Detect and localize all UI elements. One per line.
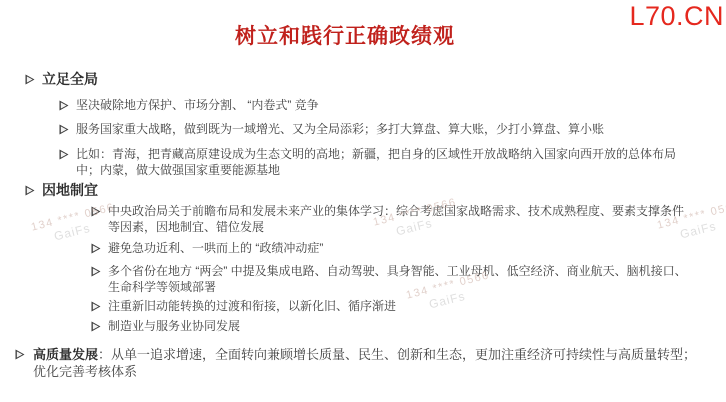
bullet-text: 立足全局 xyxy=(42,71,98,87)
bullet-item: 注重新旧动能转换的过渡和衔接，以新化旧、循序渐进 xyxy=(0,298,726,314)
presentation-slide: 树立和践行正确政绩观 L70.CN 立足全局坚决破除地方保护、市场分割、 “内卷… xyxy=(0,0,726,402)
bullet-text: 避免急功近利、一哄而上的 “政绩冲动症” xyxy=(108,241,323,255)
bullet-item: 多个省份在地方 “两会” 中提及集成电路、自动驾驶、具身智能、工业母机、低空经济… xyxy=(0,263,726,295)
bullet-item: 立足全局 xyxy=(0,70,726,89)
bullet-item: 中央政治局关于前瞻布局和发展未来产业的集体学习：综合考虑国家战略需求、技术成熟程… xyxy=(0,203,726,235)
bullet-item: 制造业与服务业协同发展 xyxy=(0,318,726,334)
bullet-text: 中央政治局关于前瞻布局和发展未来产业的集体学习：综合考虑国家战略需求、技术成熟程… xyxy=(108,204,684,234)
bullet-text: 高质量发展：从单一追求增速，全面转向兼顾增长质量、民生、创新和生态，更加注重经济… xyxy=(33,347,696,379)
watermark: 134 **** 0566 GaiFs xyxy=(468,0,558,4)
brand-logo-text: L70.CN xyxy=(629,1,724,32)
bullet-text: 比如：青海，把青藏高原建设成为生态文明的高地；新疆，把自身的区域性开放战略纳入国… xyxy=(76,147,676,177)
bullet-text: 制造业与服务业协同发展 xyxy=(108,319,240,333)
arrow-bullet-icon xyxy=(91,206,101,217)
arrow-bullet-icon xyxy=(59,100,69,111)
bullet-text: 注重新旧动能转换的过渡和衔接，以新化旧、循序渐进 xyxy=(108,299,396,313)
slide-title: 树立和践行正确政绩观 xyxy=(0,20,690,50)
bullet-item: 高质量发展：从单一追求增速，全面转向兼顾增长质量、民生、创新和生态，更加注重经济… xyxy=(0,346,726,380)
arrow-bullet-icon xyxy=(59,124,69,135)
arrow-bullet-icon xyxy=(59,149,69,160)
arrow-bullet-icon xyxy=(91,266,101,277)
bullet-text: 坚决破除地方保护、市场分割、 “内卷式” 竞争 xyxy=(76,98,319,112)
arrow-bullet-icon xyxy=(91,301,101,312)
bullet-item: 因地制宜 xyxy=(0,181,726,200)
bullet-text-bold: 高质量发展 xyxy=(33,347,98,362)
watermark: 134 **** 0566 GaiFs xyxy=(200,0,290,4)
arrow-bullet-icon xyxy=(15,349,25,360)
bullet-item: 服务国家重大战略，做到既为一域增光、又为全局添彩；多打大算盘、算大账，少打小算盘… xyxy=(0,121,726,137)
arrow-bullet-icon xyxy=(91,243,101,254)
bullet-item: 坚决破除地方保护、市场分割、 “内卷式” 竞争 xyxy=(0,97,726,113)
bullet-list: 立足全局坚决破除地方保护、市场分割、 “内卷式” 竞争服务国家重大战略，做到既为… xyxy=(0,70,726,380)
arrow-bullet-icon xyxy=(91,321,101,332)
arrow-bullet-icon xyxy=(25,185,35,196)
bullet-text: 多个省份在地方 “两会” 中提及集成电路、自动驾驶、具身智能、工业母机、低空经济… xyxy=(108,264,687,294)
bullet-text: 服务国家重大战略，做到既为一域增光、又为全局添彩；多打大算盘、算大账，少打小算盘… xyxy=(76,122,604,136)
bullet-text: 因地制宜 xyxy=(42,182,98,198)
bullet-item: 比如：青海，把青藏高原建设成为生态文明的高地；新疆，把自身的区域性开放战略纳入国… xyxy=(0,146,726,178)
arrow-bullet-icon xyxy=(25,74,35,85)
bullet-item: 避免急功近利、一哄而上的 “政绩冲动症” xyxy=(0,240,726,256)
